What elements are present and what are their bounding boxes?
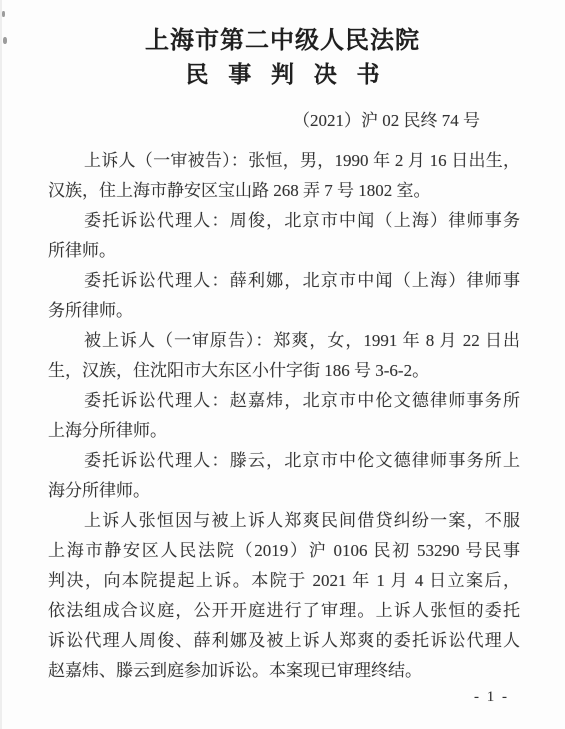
body-line: 赵嘉炜、滕云到庭参加诉讼。本案现已审理终结。 [48,656,520,686]
court-name: 上海市第二中级人民法院 [0,26,565,56]
scan-edge-artifact [0,0,2,729]
body-line: 委托诉讼代理人：赵嘉炜，北京市中伦文德律师事务所 [48,386,520,416]
body-line: 务所律师。 [48,296,520,326]
document-type-title: 民 事 判 决 书 [0,60,565,90]
body-line: 委托诉讼代理人：薛利娜，北京市中闻（上海）律师事 [48,266,520,296]
body-line: 委托诉讼代理人：滕云，北京市中伦文德律师事务所上 [48,446,520,476]
body-line: 海分所律师。 [48,476,520,506]
body-line: 被上诉人（一审原告）：郑爽，女，1991 年 8 月 22 日出 [48,326,520,356]
judgment-document-page: 上海市第二中级人民法院 民 事 判 决 书 （2021）沪 02 民终 74 号… [0,0,565,729]
body-line: 上诉人（一审被告）：张恒，男，1990 年 2 月 16 日出生， [48,146,520,176]
document-header: 上海市第二中级人民法院 民 事 判 决 书 [0,26,565,90]
judgment-body: 上诉人（一审被告）：张恒，男，1990 年 2 月 16 日出生，汉族，住上海市… [48,146,520,686]
body-line: 汉族，住上海市静安区宝山路 268 弄 7 号 1802 室。 [48,176,520,206]
body-line: 依法组成合议庭，公开开庭进行了审理。上诉人张恒的委托 [48,596,520,626]
body-line: 上海市静安区人民法院（2019）沪 0106 民初 53290 号民事 [48,536,520,566]
body-line: 上诉人张恒因与被上诉人郑爽民间借贷纠纷一案，不服 [48,506,520,536]
body-line: 生，汉族，住沈阳市大东区小什字街 186 号 3-6-2。 [48,356,520,386]
scan-speck [3,37,7,44]
body-line: 所律师。 [48,236,520,266]
case-number: （2021）沪 02 民终 74 号 [0,108,565,134]
body-line: 上海分所律师。 [48,416,520,446]
body-line: 诉讼代理人周俊、薛利娜及被上诉人郑爽的委托诉讼代理人 [48,626,520,656]
body-line: 委托诉讼代理人：周俊，北京市中闻（上海）律师事务 [48,206,520,236]
page-number: - 1 - [0,688,565,706]
scan-speck [2,11,5,17]
body-line: 判决，向本院提起上诉。本院于 2021 年 1 月 4 日立案后， [48,566,520,596]
